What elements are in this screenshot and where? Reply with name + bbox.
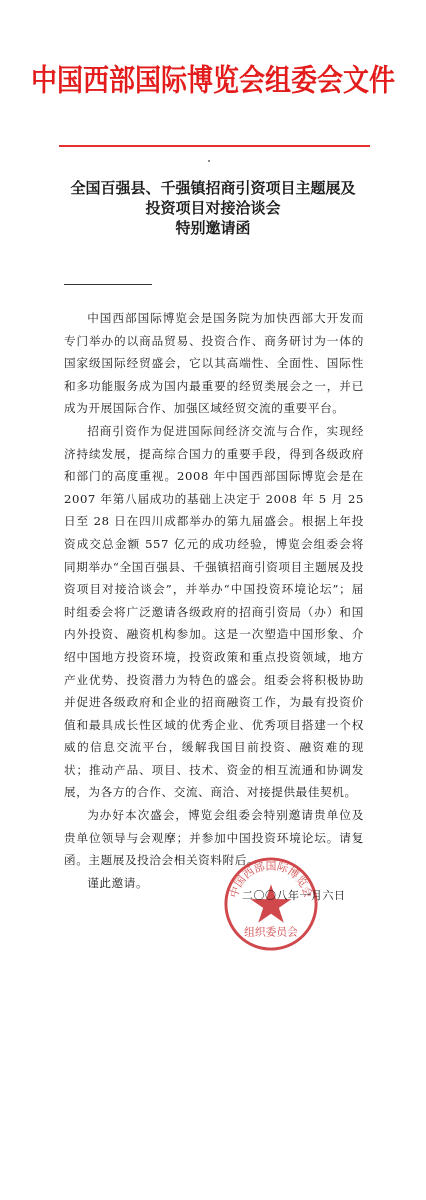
title-line-1: 全国百强县、千强镇招商引资项目主题展及 [0, 178, 426, 198]
letter-body: 中国西部国际博览会是国务院为加快西部大开发而专门举办的以商品贸易、投资合作、商务… [64, 307, 364, 894]
paragraph-event: 招商引资作为促进国际间经济交流与合作，实现经济持续发展，提高综合国力的重要手段，… [64, 420, 364, 804]
header-divider [59, 145, 370, 147]
paragraph-intro: 中国西部国际博览会是国务院为加快西部大开发而专门举办的以商品贸易、投资合作、商务… [64, 307, 364, 420]
svg-text:组织委员会: 组织委员会 [244, 925, 298, 938]
title-line-3: 特别邀请函 [0, 218, 426, 238]
issue-date: 二〇〇八年一月六日 [242, 887, 346, 903]
title-line-2: 投资项目对接洽谈会 [0, 198, 426, 218]
invitation-title: 全国百强县、千强镇招商引资项目主题展及 投资项目对接洽谈会 特别邀请函 [0, 178, 426, 238]
recipient-blank-line [64, 284, 152, 285]
document-header-title: 中国西部国际博览会组委会文件 [0, 57, 426, 100]
official-seal-icon: 中国西部国际博览会 组织委员会 [222, 855, 320, 953]
scan-speck [208, 160, 210, 162]
